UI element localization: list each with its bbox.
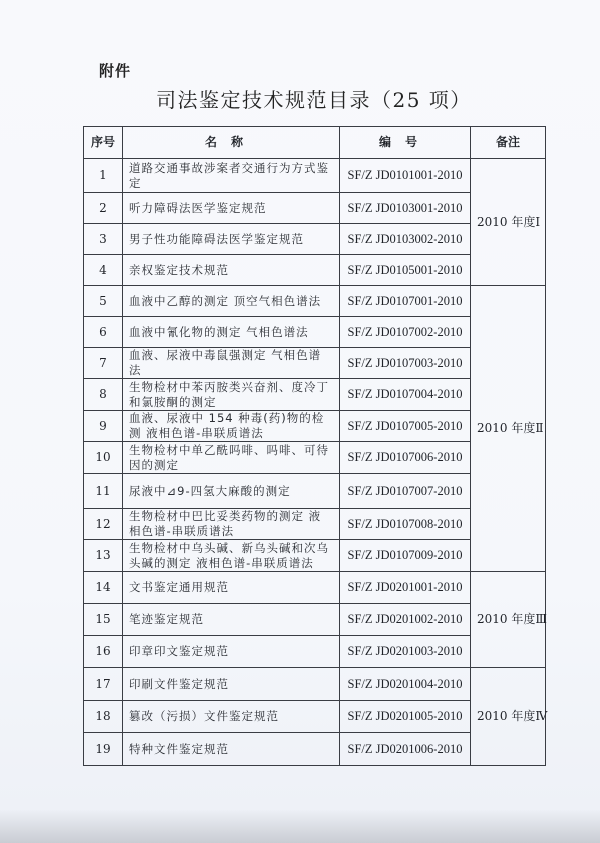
row-standard-code: SF/Z JD0201005-2010 bbox=[340, 701, 471, 733]
row-standard-code: SF/Z JD0201001-2010 bbox=[340, 572, 471, 604]
row-standard-code: SF/Z JD0201003-2010 bbox=[340, 636, 471, 668]
document-title: 司法鉴定技术规范目录（25 项） bbox=[156, 84, 472, 113]
row-serial-number: 1 bbox=[84, 159, 123, 193]
row-standard-name: 听力障碍法医学鉴定规范 bbox=[123, 193, 340, 224]
row-standard-code: SF/Z JD0105001-2010 bbox=[340, 255, 471, 286]
row-standard-name: 血液、尿液中 154 种毒(药)物的检测 液相色谱-串联质谱法 bbox=[123, 411, 340, 442]
table-row: 14文书鉴定通用规范SF/Z JD0201001-20102010 年度Ⅲ bbox=[84, 572, 546, 604]
row-serial-number: 11 bbox=[84, 474, 123, 509]
table-row: 17印刷文件鉴定规范SF/Z JD0201004-20102010 年度Ⅳ bbox=[84, 668, 546, 701]
row-standard-code: SF/Z JD0107006-2010 bbox=[340, 442, 471, 474]
header-serial-number: 序号 bbox=[84, 127, 123, 159]
row-standard-name: 血液、尿液中毒鼠强测定 气相色谱法 bbox=[123, 348, 340, 379]
scanned-page: 附件 司法鉴定技术规范目录（25 项） 序号 名称 编号 备注 1道路交通事故涉… bbox=[0, 0, 600, 843]
table-header-row: 序号 名称 编号 备注 bbox=[84, 127, 546, 159]
row-serial-number: 18 bbox=[84, 701, 123, 733]
row-standard-code: SF/Z JD0107008-2010 bbox=[340, 509, 471, 540]
table-row: 5血液中乙醇的测定 顶空气相色谱法SF/Z JD0107001-20102010… bbox=[84, 286, 546, 317]
row-serial-number: 9 bbox=[84, 411, 123, 442]
row-standard-name: 笔迹鉴定规范 bbox=[123, 604, 340, 636]
row-standard-code: SF/Z JD0107004-2010 bbox=[340, 379, 471, 411]
row-serial-number: 13 bbox=[84, 540, 123, 572]
row-serial-number: 15 bbox=[84, 604, 123, 636]
row-note-year-group: 2010 年度Ⅰ bbox=[471, 159, 546, 286]
row-standard-name: 血液中乙醇的测定 顶空气相色谱法 bbox=[123, 286, 340, 317]
row-serial-number: 3 bbox=[84, 224, 123, 255]
row-standard-name: 篡改（污损）文件鉴定规范 bbox=[123, 701, 340, 733]
row-standard-name: 文书鉴定通用规范 bbox=[123, 572, 340, 604]
row-standard-name: 血液中氰化物的测定 气相色谱法 bbox=[123, 317, 340, 348]
row-standard-code: SF/Z JD0107003-2010 bbox=[340, 348, 471, 379]
header-code: 编号 bbox=[340, 127, 471, 159]
row-serial-number: 12 bbox=[84, 509, 123, 540]
row-standard-code: SF/Z JD0107009-2010 bbox=[340, 540, 471, 572]
row-serial-number: 2 bbox=[84, 193, 123, 224]
row-standard-code: SF/Z JD0201004-2010 bbox=[340, 668, 471, 701]
row-serial-number: 4 bbox=[84, 255, 123, 286]
row-standard-code: SF/Z JD0107001-2010 bbox=[340, 286, 471, 317]
attachment-label: 附件 bbox=[99, 60, 131, 81]
row-standard-code: SF/Z JD0201006-2010 bbox=[340, 733, 471, 766]
row-standard-code: SF/Z JD0107002-2010 bbox=[340, 317, 471, 348]
table-row: 1道路交通事故涉案者交通行为方式鉴定SF/Z JD0101001-2010201… bbox=[84, 159, 546, 193]
row-standard-code: SF/Z JD0101001-2010 bbox=[340, 159, 471, 193]
row-serial-number: 16 bbox=[84, 636, 123, 668]
row-standard-name: 男子性功能障碍法医学鉴定规范 bbox=[123, 224, 340, 255]
row-serial-number: 10 bbox=[84, 442, 123, 474]
row-serial-number: 7 bbox=[84, 348, 123, 379]
row-standard-name: 生物检材中苯丙胺类兴奋剂、度冷丁和氯胺酮的测定 bbox=[123, 379, 340, 411]
row-standard-name: 道路交通事故涉案者交通行为方式鉴定 bbox=[123, 159, 340, 193]
row-serial-number: 5 bbox=[84, 286, 123, 317]
row-standard-name: 尿液中⊿9-四氢大麻酸的测定 bbox=[123, 474, 340, 509]
row-standard-name: 亲权鉴定技术规范 bbox=[123, 255, 340, 286]
row-serial-number: 14 bbox=[84, 572, 123, 604]
row-standard-code: SF/Z JD0107007-2010 bbox=[340, 474, 471, 509]
row-standard-code: SF/Z JD0103001-2010 bbox=[340, 193, 471, 224]
row-standard-name: 印章印文鉴定规范 bbox=[123, 636, 340, 668]
standards-catalog-table: 序号 名称 编号 备注 1道路交通事故涉案者交通行为方式鉴定SF/Z JD010… bbox=[83, 126, 546, 766]
row-note-year-group: 2010 年度Ⅳ bbox=[471, 668, 546, 766]
row-note-year-group: 2010 年度Ⅲ bbox=[471, 572, 546, 668]
row-serial-number: 17 bbox=[84, 668, 123, 701]
row-note-year-group: 2010 年度Ⅱ bbox=[471, 286, 546, 572]
row-standard-name: 生物检材中巴比妥类药物的测定 液相色谱-串联质谱法 bbox=[123, 509, 340, 540]
row-serial-number: 8 bbox=[84, 379, 123, 411]
row-standard-code: SF/Z JD0107005-2010 bbox=[340, 411, 471, 442]
row-standard-name: 生物检材中单乙酰吗啡、吗啡、可待因的测定 bbox=[123, 442, 340, 474]
row-standard-code: SF/Z JD0201002-2010 bbox=[340, 604, 471, 636]
row-standard-name: 印刷文件鉴定规范 bbox=[123, 668, 340, 701]
row-standard-name: 特种文件鉴定规范 bbox=[123, 733, 340, 766]
row-serial-number: 6 bbox=[84, 317, 123, 348]
row-serial-number: 19 bbox=[84, 733, 123, 766]
header-note: 备注 bbox=[471, 127, 546, 159]
row-standard-code: SF/Z JD0103002-2010 bbox=[340, 224, 471, 255]
header-name: 名称 bbox=[123, 127, 340, 159]
table-body: 1道路交通事故涉案者交通行为方式鉴定SF/Z JD0101001-2010201… bbox=[84, 159, 546, 766]
row-standard-name: 生物检材中乌头碱、新乌头碱和次乌头碱的测定 液相色谱-串联质谱法 bbox=[123, 540, 340, 572]
